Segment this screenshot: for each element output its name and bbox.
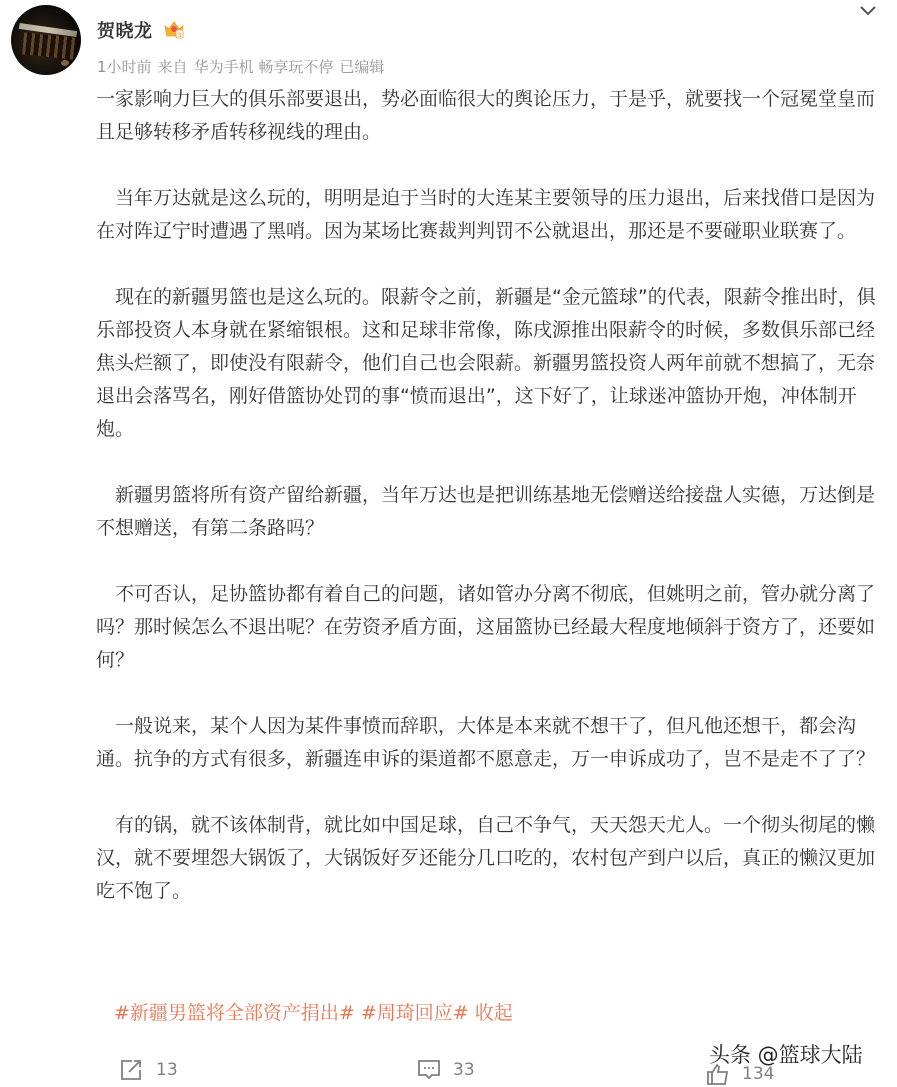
post-paragraph: 新疆男篮将所有资产留给新疆，当年万达也是把训练基地无偿赠送给接盘人实德，万达倒是… bbox=[96, 479, 876, 545]
topic-tags: #新疆男篮将全部资产捐出##周琦回应#收起 bbox=[114, 998, 519, 1025]
repost-icon bbox=[120, 1059, 144, 1081]
source-prefix: 来自 bbox=[158, 58, 188, 76]
post-paragraph: 一般说来，某个人因为某件事愤而辞职，大体是本来就不想干了，但凡他还想干，都会沟通… bbox=[96, 710, 876, 776]
comment-count: 33 bbox=[453, 1060, 475, 1080]
svg-text:3: 3 bbox=[178, 32, 182, 39]
chevron-down-icon[interactable] bbox=[858, 4, 878, 18]
post-paragraph: 当年万达就是这么玩的，明明是迫于当时的大连某主要领导的压力退出，后来找借口是因为… bbox=[96, 182, 876, 248]
avatar-image-building bbox=[22, 32, 76, 59]
comment-button[interactable]: 33 bbox=[417, 1059, 475, 1081]
comment-icon bbox=[417, 1059, 441, 1081]
avatar[interactable] bbox=[11, 5, 81, 75]
author-name[interactable]: 贺晓龙 bbox=[97, 17, 153, 43]
post-meta: 1小时前来自华为手机 畅享玩不停已编辑 bbox=[97, 56, 390, 77]
edited-label[interactable]: 已编辑 bbox=[339, 58, 384, 76]
repost-count: 13 bbox=[156, 1060, 178, 1080]
post-paragraph: 一家影响力巨大的俱乐部要退出，势必面临很大的舆论压力，于是乎，就要找一个冠冕堂皇… bbox=[96, 83, 876, 149]
post-paragraph: 现在的新疆男篮也是这么玩的。限薪令之前，新疆是“金元篮球”的代表，限薪令推出时，… bbox=[96, 281, 876, 446]
collapse-link[interactable]: 收起 bbox=[475, 1002, 513, 1024]
post-paragraph: 不可否认，足协篮协都有着自己的问题，诸如管办分离不彻底，但姚明之前，管办就分离了… bbox=[96, 578, 876, 677]
post-time[interactable]: 1小时前 bbox=[97, 58, 152, 76]
avatar-image-light bbox=[61, 60, 69, 66]
post-source[interactable]: 华为手机 畅享玩不停 bbox=[194, 58, 334, 76]
source-watermark: 头条 @篮球大陆 bbox=[709, 1039, 863, 1069]
post-body: 一家影响力巨大的俱乐部要退出，势必面临很大的舆论压力，于是乎，就要找一个冠冕堂皇… bbox=[96, 83, 876, 941]
vip-crown-icon[interactable]: 3 bbox=[163, 19, 185, 39]
repost-button[interactable]: 13 bbox=[120, 1059, 178, 1081]
post-paragraph: 有的锅，就不该体制背，就比如中国足球，自己不争气，天天怨天尤人。一个彻头彻尾的懒… bbox=[96, 809, 876, 908]
topic-tag-link[interactable]: #新疆男篮将全部资产捐出# bbox=[114, 1002, 355, 1024]
topic-tag-link[interactable]: #周琦回应# bbox=[361, 1002, 469, 1024]
